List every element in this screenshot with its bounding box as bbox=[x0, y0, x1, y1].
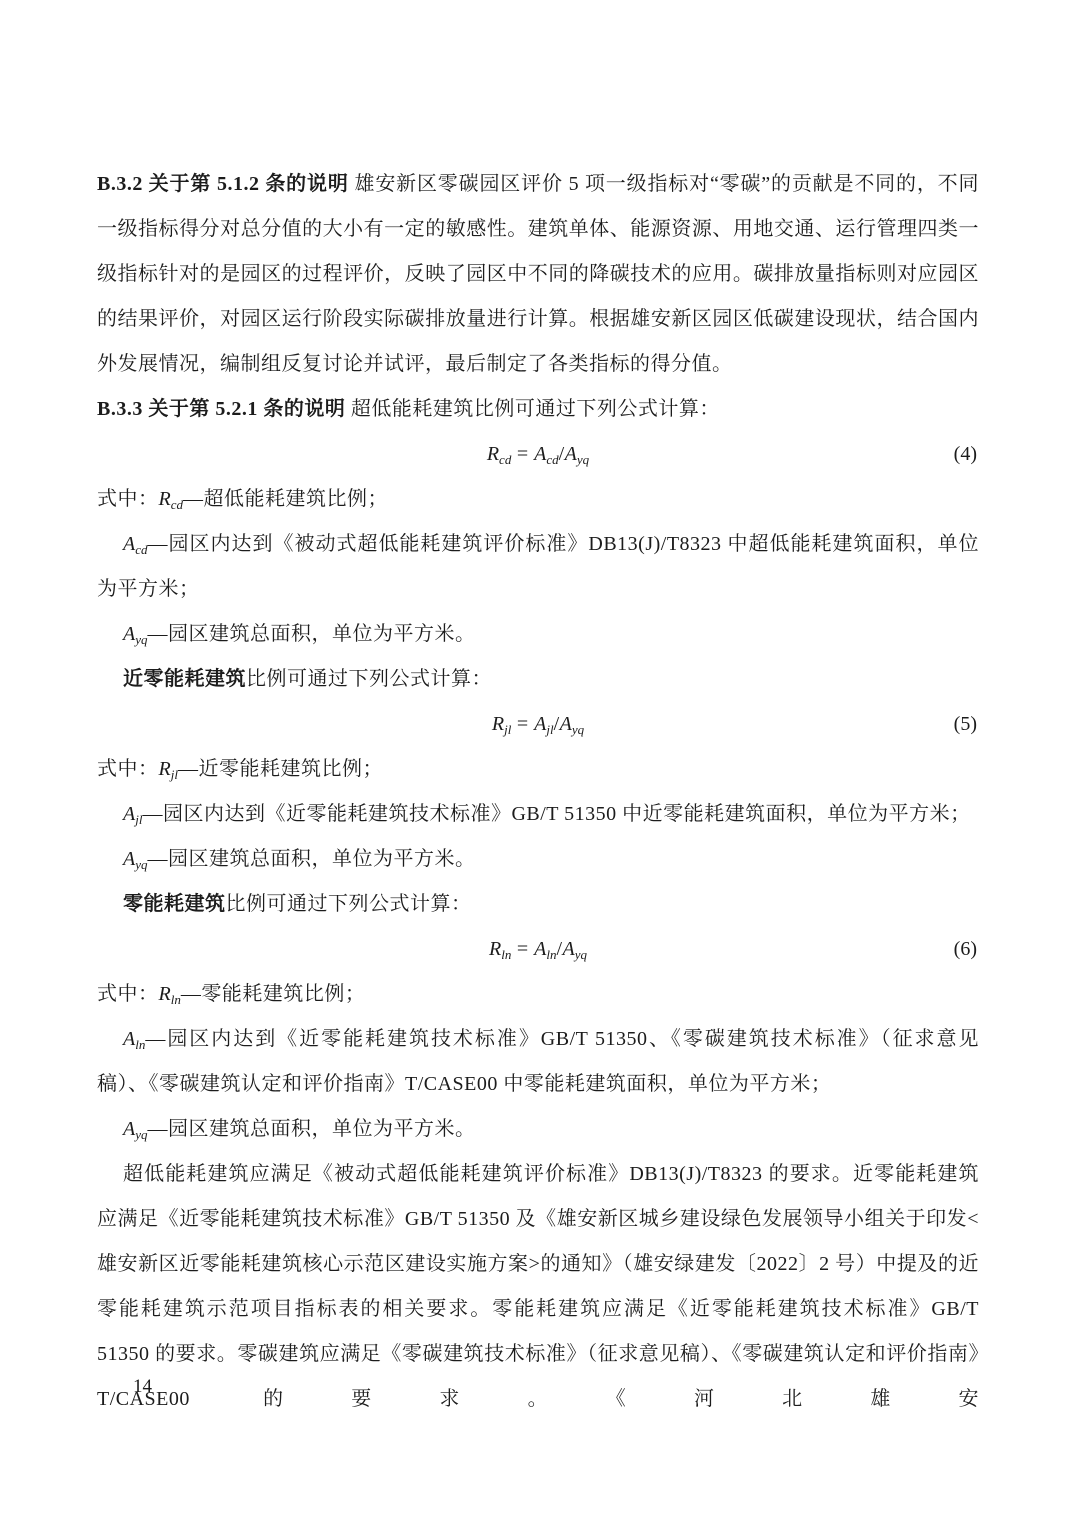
math-subscript: yq bbox=[135, 857, 147, 872]
paragraph-where-rln: 式中：Rln—零能耗建筑比例； bbox=[97, 972, 979, 1017]
math-subscript: cd bbox=[171, 497, 183, 512]
paragraph-ajl-definition: Ajl—园区内达到《近零能耗建筑技术标准》GB/T 51350 中近零能耗建筑面… bbox=[97, 792, 979, 837]
math-subscript: ln bbox=[546, 947, 556, 962]
math-subscript: jl bbox=[546, 722, 553, 737]
bold-run: B.3.3 关于第 5.2.1 条的说明 bbox=[97, 398, 345, 420]
formula-expression: Rln = Aln/Ayq bbox=[489, 938, 587, 960]
math-variable: A bbox=[123, 1028, 135, 1050]
bold-run: 零能耗建筑 bbox=[123, 893, 226, 915]
paragraph-ayq-definition-3: Ayq—园区建筑总面积，单位为平方米。 bbox=[97, 1107, 979, 1152]
math-subscript: jl bbox=[135, 812, 142, 827]
bold-run: 近零能耗建筑 bbox=[123, 668, 246, 690]
math-variable: R bbox=[159, 488, 171, 510]
math-subscript: cd bbox=[135, 542, 147, 557]
math-subscript: cd bbox=[546, 452, 558, 467]
formula-number: (6) bbox=[954, 927, 977, 972]
math-subscript: jl bbox=[504, 722, 511, 737]
math-subscript: ln bbox=[135, 1037, 145, 1052]
paragraph-requirements: 超低能耗建筑应满足《被动式超低能耗建筑评价标准》DB13(J)/T8323 的要… bbox=[97, 1152, 979, 1422]
math-variable: A bbox=[565, 443, 577, 465]
math-variable: A bbox=[534, 938, 546, 960]
math-variable: A bbox=[560, 713, 572, 735]
math-subscript: ln bbox=[501, 947, 511, 962]
math-variable: R bbox=[159, 758, 171, 780]
math-subscript: yq bbox=[577, 452, 589, 467]
formula-6: Rln = Aln/Ayq(6) bbox=[97, 927, 979, 972]
math-variable: A bbox=[563, 938, 575, 960]
paragraph-ayq-definition-2: Ayq—园区建筑总面积，单位为平方米。 bbox=[97, 837, 979, 882]
math-variable: A bbox=[534, 713, 546, 735]
bold-run: B.3.2 关于第 5.1.2 条的说明 bbox=[97, 173, 349, 195]
math-variable: R bbox=[489, 938, 501, 960]
math-subscript: ln bbox=[171, 992, 181, 1007]
math-variable: R bbox=[159, 983, 171, 1005]
math-variable: A bbox=[123, 623, 135, 645]
math-subscript: cd bbox=[499, 452, 511, 467]
formula-5: Rjl = Ajl/Ayq(5) bbox=[97, 702, 979, 747]
paragraph-near-zero-lead: 近零能耗建筑比例可通过下列公式计算： bbox=[97, 657, 979, 702]
math-subscript: jl bbox=[171, 767, 178, 782]
paragraph-aln-definition: Aln—园区内达到《近零能耗建筑技术标准》GB/T 51350、《零碳建筑技术标… bbox=[97, 1017, 979, 1107]
paragraph-b32: B.3.2 关于第 5.1.2 条的说明 雄安新区零碳园区评价 5 项一级指标对… bbox=[97, 162, 979, 387]
paragraph-zero-energy-lead: 零能耗建筑比例可通过下列公式计算： bbox=[97, 882, 979, 927]
math-subscript: yq bbox=[572, 722, 584, 737]
formula-number: (4) bbox=[954, 432, 977, 477]
paragraph-acd-definition: Acd—园区内达到《被动式超低能耗建筑评价标准》DB13(J)/T8323 中超… bbox=[97, 522, 979, 612]
formula-expression: Rcd = Acd/Ayq bbox=[487, 443, 589, 465]
paragraph-b33: B.3.3 关于第 5.2.1 条的说明 超低能耗建筑比例可通过下列公式计算： bbox=[97, 387, 979, 432]
math-subscript: yq bbox=[135, 1127, 147, 1142]
content: B.3.2 关于第 5.1.2 条的说明 雄安新区零碳园区评价 5 项一级指标对… bbox=[97, 162, 979, 1422]
formula-number: (5) bbox=[954, 702, 977, 747]
math-variable: A bbox=[123, 533, 135, 555]
math-variable: R bbox=[492, 713, 504, 735]
math-variable: A bbox=[123, 803, 135, 825]
formula-expression: Rjl = Ajl/Ayq bbox=[492, 713, 584, 735]
math-subscript: yq bbox=[575, 947, 587, 962]
document-page: B.3.2 关于第 5.1.2 条的说明 雄安新区零碳园区评价 5 项一级指标对… bbox=[0, 0, 1080, 1527]
paragraph-ayq-definition-1: Ayq—园区建筑总面积，单位为平方米。 bbox=[97, 612, 979, 657]
page-number: 14 bbox=[133, 1372, 152, 1402]
math-variable: A bbox=[123, 848, 135, 870]
paragraph-where-rjl: 式中：Rjl—近零能耗建筑比例； bbox=[97, 747, 979, 792]
formula-4: Rcd = Acd/Ayq(4) bbox=[97, 432, 979, 477]
math-variable: A bbox=[534, 443, 546, 465]
math-variable: R bbox=[487, 443, 499, 465]
math-variable: A bbox=[123, 1118, 135, 1140]
paragraph-where-rcd: 式中：Rcd—超低能耗建筑比例； bbox=[97, 477, 979, 522]
math-subscript: yq bbox=[135, 632, 147, 647]
